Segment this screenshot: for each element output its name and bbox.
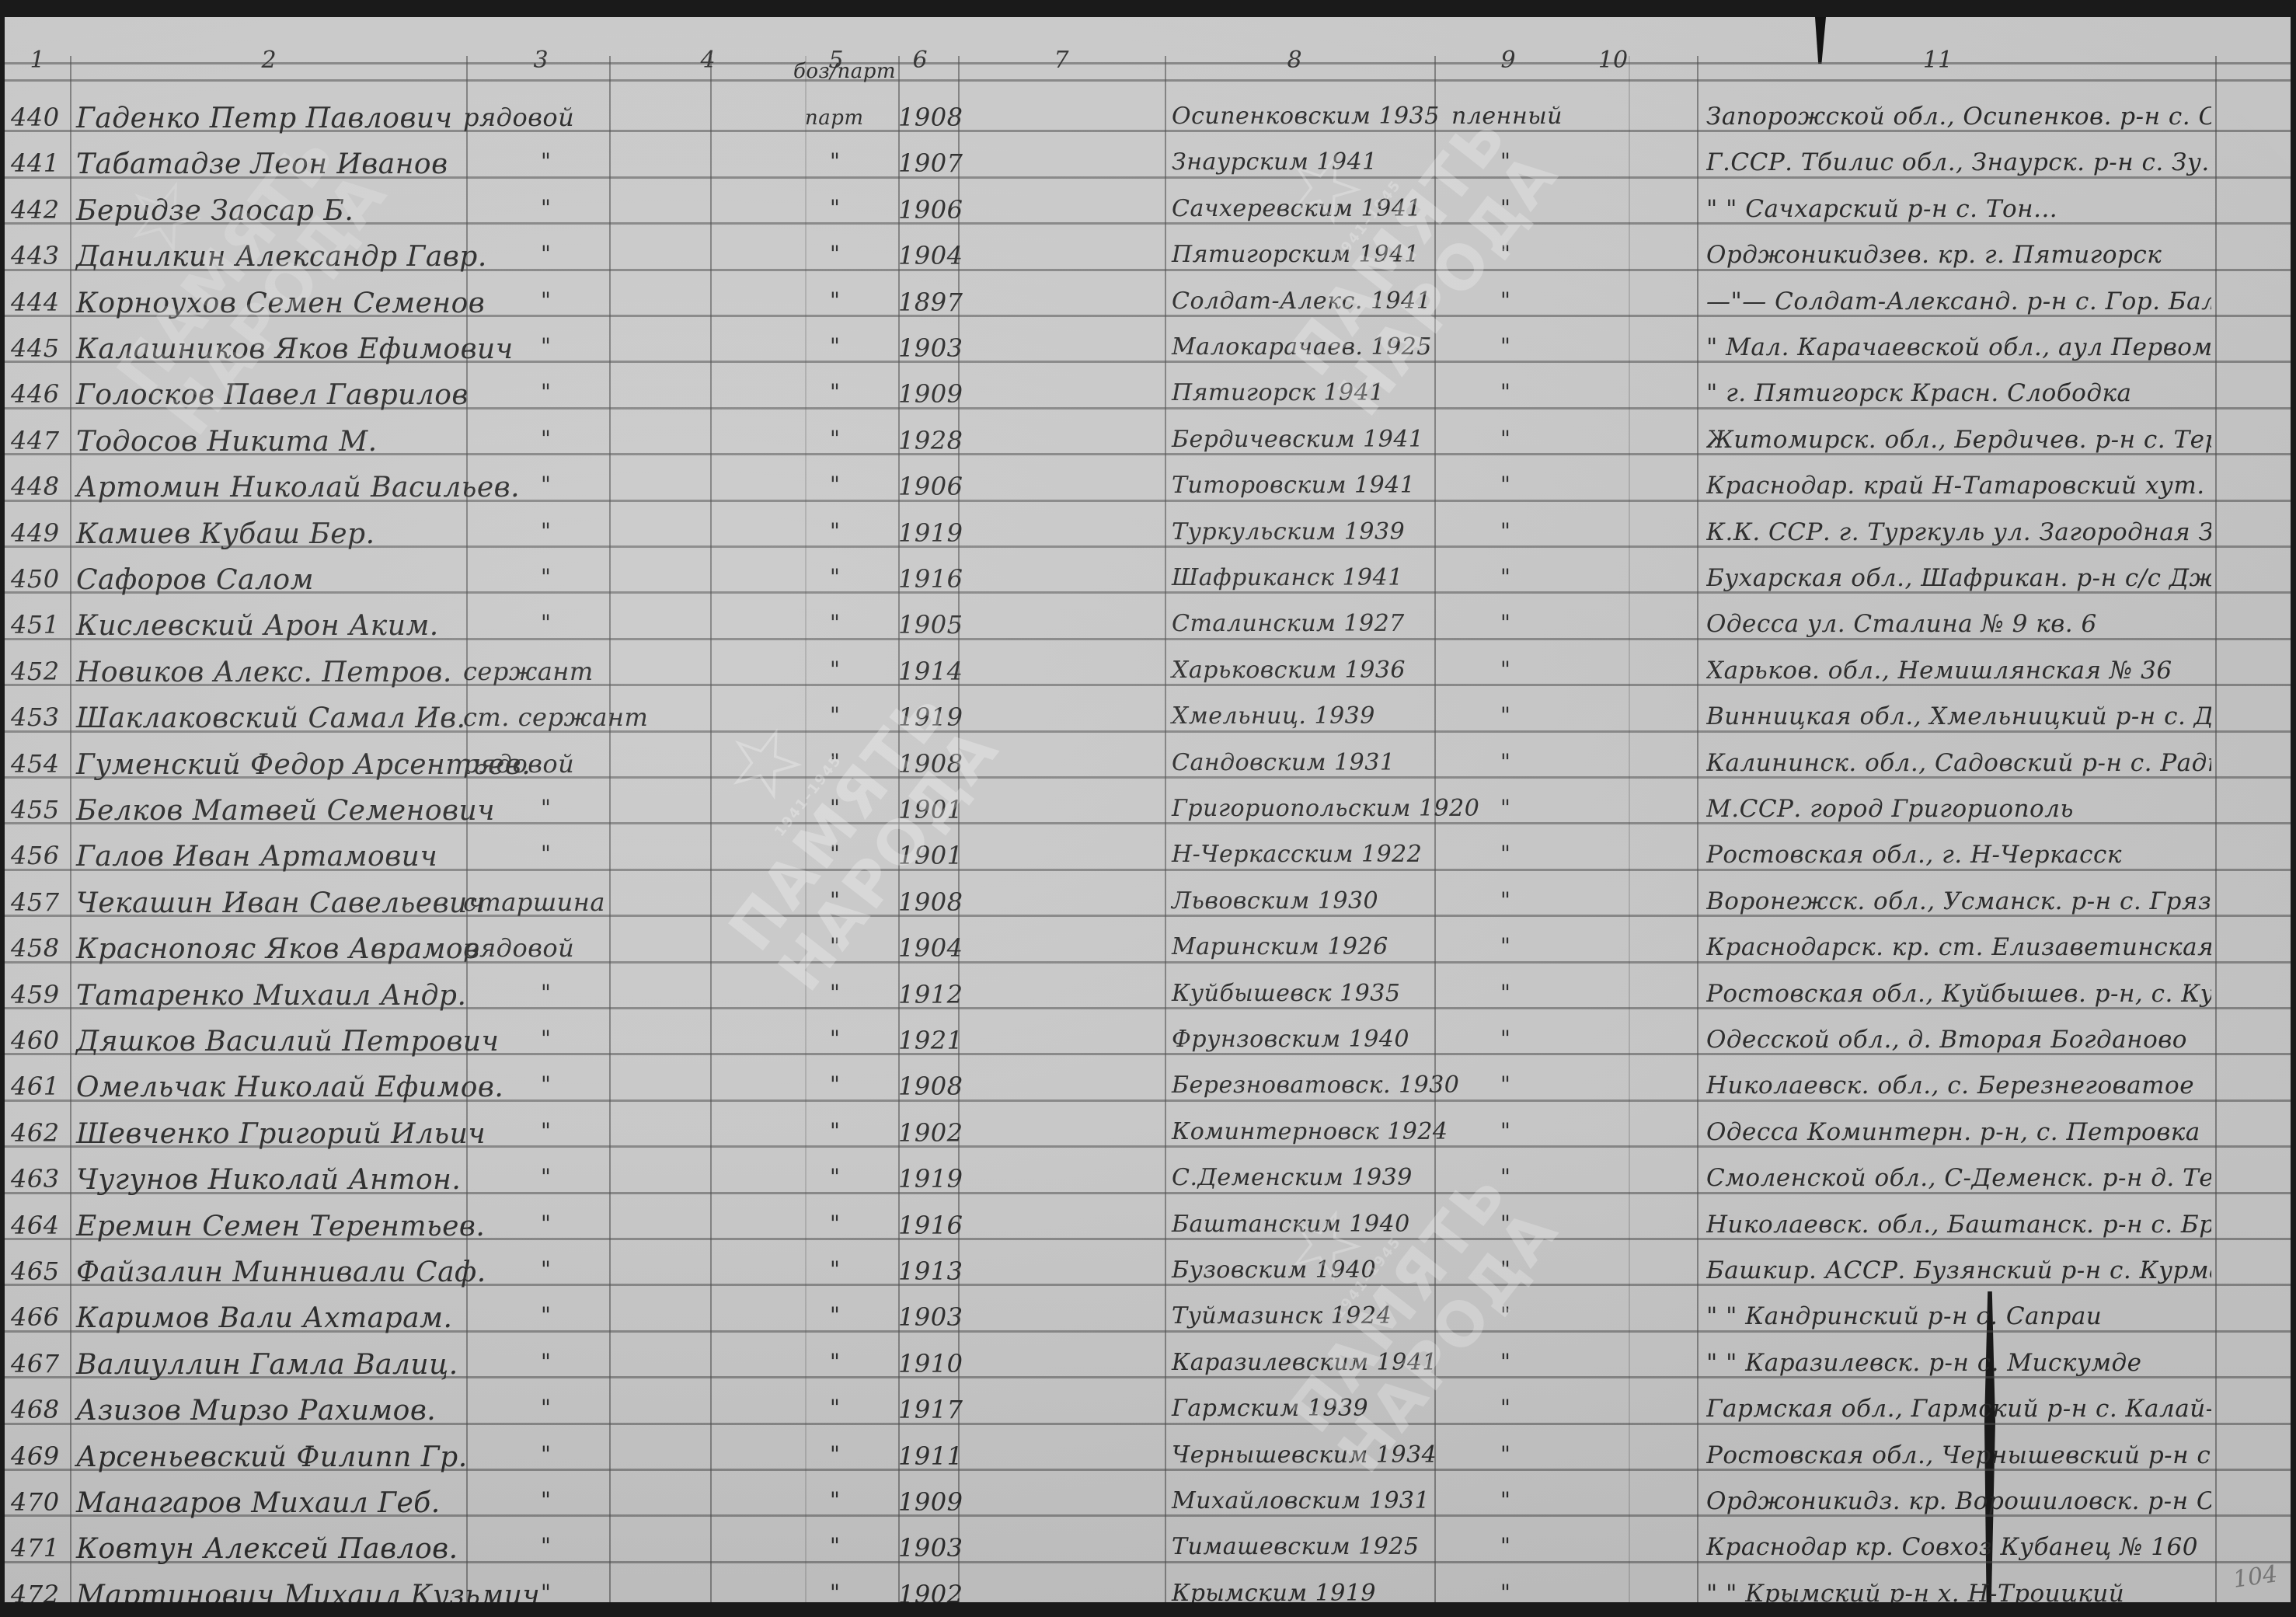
party-status: " — [830, 795, 840, 821]
person-name: Калашников Яков Ефимович — [76, 333, 514, 365]
status: " — [1500, 288, 1510, 313]
column-number: 7 — [1054, 47, 1068, 74]
rank: " — [541, 1072, 551, 1097]
birth-year: 1928 — [898, 426, 963, 455]
record-number: 445 — [11, 333, 60, 363]
conscription-office: Туркульским 1939 — [1172, 518, 1405, 545]
column-rule — [1165, 56, 1166, 1602]
status: " — [1500, 148, 1510, 174]
person-name: Беридзе Заосар Б. — [76, 195, 354, 227]
home-address: —"— Солдат-Александ. р-н с. Гор. Балка — [1706, 288, 2211, 315]
record-number: 447 — [11, 426, 60, 455]
birth-year: 1916 — [898, 1211, 963, 1240]
conscription-office: Баштанским 1940 — [1172, 1211, 1410, 1238]
party-status: " — [830, 1072, 840, 1097]
column-number: 3 — [533, 47, 548, 74]
birth-year: 1921 — [898, 1026, 963, 1055]
rank: " — [541, 1487, 551, 1513]
status: " — [1500, 1211, 1510, 1236]
column-rule — [710, 56, 712, 1602]
party-status: " — [830, 148, 840, 174]
conscription-office: Пятигорским 1941 — [1172, 241, 1420, 268]
conscription-office: Бердичевским 1941 — [1172, 426, 1424, 453]
home-address: " " Сачхарский р-н с. Тон... — [1706, 195, 2057, 223]
status: " — [1500, 933, 1510, 959]
conscription-office: Сачхеревским 1941 — [1172, 195, 1422, 222]
birth-year: 1901 — [898, 841, 963, 870]
birth-year: 1908 — [898, 749, 963, 779]
party-status: " — [830, 657, 840, 682]
rank: " — [541, 426, 551, 451]
conscription-office: С.Деменским 1939 — [1172, 1164, 1413, 1191]
home-address: Одесса ул. Сталина № 9 кв. 6 — [1706, 610, 2097, 638]
person-name: Манагаров Михаил Геб. — [76, 1487, 441, 1519]
home-address: Николаевск. обл., с. Березнеговатое — [1706, 1072, 2194, 1099]
person-name: Сафоров Салом — [76, 564, 314, 596]
birth-year: 1903 — [898, 1533, 963, 1563]
status: " — [1500, 1441, 1510, 1467]
column-rule — [2215, 56, 2217, 1602]
party-status: " — [830, 887, 840, 913]
home-address: Житомирск. обл., Бердичев. р-н с. Терехо… — [1706, 426, 2211, 454]
status: " — [1500, 1580, 1510, 1602]
page-number: 104 — [2232, 1560, 2280, 1594]
status: " — [1500, 980, 1510, 1005]
record-number: 442 — [11, 195, 60, 225]
record-number: 472 — [11, 1580, 60, 1602]
person-name: Азизов Мирзо Рахимов. — [76, 1395, 436, 1427]
birth-year: 1914 — [898, 657, 963, 686]
birth-year: 1919 — [898, 1164, 963, 1194]
person-name: Данилкин Александр Гавр. — [76, 241, 487, 273]
home-address: Одесса Коминтерн. р-н, с. Петровка — [1706, 1118, 2200, 1146]
home-address: Гармская обл., Гармский р-н с. Калай-Мин… — [1706, 1395, 2211, 1423]
person-name: Корноухов Семен Семенов — [76, 288, 485, 319]
conscription-office: Пятигорск 1941 — [1172, 379, 1385, 406]
conscription-office: Знаурским 1941 — [1172, 148, 1378, 176]
person-name: Еремин Семен Терентьев. — [76, 1211, 485, 1242]
conscription-office: Сандовским 1931 — [1172, 749, 1395, 776]
status: " — [1500, 333, 1510, 359]
party-status: " — [830, 195, 840, 221]
party-status: " — [830, 564, 840, 590]
status: " — [1500, 379, 1510, 405]
home-address: " Мал. Карачаевской обл., аул Первомайск — [1706, 333, 2211, 361]
person-name: Краснопояс Яков Аврамов — [76, 933, 480, 965]
record-number: 455 — [11, 795, 60, 824]
record-number: 465 — [11, 1256, 60, 1286]
status: " — [1500, 887, 1510, 913]
record-number: 469 — [11, 1441, 60, 1471]
conscription-office: Куйбышевск 1935 — [1172, 980, 1400, 1007]
record-number: 453 — [11, 702, 60, 732]
birth-year: 1903 — [898, 1302, 963, 1332]
birth-year: 1909 — [898, 379, 963, 409]
status: " — [1500, 518, 1510, 544]
record-number: 443 — [11, 241, 60, 270]
record-number: 459 — [11, 980, 60, 1009]
party-status: " — [830, 1211, 840, 1236]
status: " — [1500, 702, 1510, 728]
birth-year: 1908 — [898, 887, 963, 917]
register-sheet: 1234567891011 боз/парт 440Гаденко Петр П… — [5, 17, 2291, 1602]
rank: рядовой — [463, 933, 574, 963]
status: " — [1500, 795, 1510, 821]
record-number: 451 — [11, 610, 60, 639]
status: " — [1500, 1533, 1510, 1559]
status: " — [1500, 426, 1510, 451]
party-status: " — [830, 980, 840, 1005]
status: " — [1500, 1164, 1510, 1190]
record-number: 458 — [11, 933, 60, 963]
conscription-office: Тимашевским 1925 — [1172, 1533, 1420, 1560]
record-number: 444 — [11, 288, 60, 317]
rank: " — [541, 564, 551, 590]
conscription-office: Туймазинск 1924 — [1172, 1302, 1392, 1329]
record-number: 440 — [11, 103, 60, 132]
column-number: 2 — [261, 47, 276, 74]
birth-year: 1902 — [898, 1580, 963, 1602]
party-status: " — [830, 1118, 840, 1144]
conscription-office: Михайловским 1931 — [1172, 1487, 1430, 1514]
person-name: Ковтун Алексей Павлов. — [76, 1533, 458, 1565]
person-name: Кислевский Арон Аким. — [76, 610, 439, 642]
rank: " — [541, 148, 551, 174]
conscription-office: Гармским 1939 — [1172, 1395, 1368, 1422]
person-name: Тодосов Никита М. — [76, 426, 378, 458]
rank: " — [541, 1349, 551, 1375]
rank: " — [541, 472, 551, 497]
status: " — [1500, 841, 1510, 866]
home-address: Ростовская обл., г. Н-Черкасск — [1706, 841, 2122, 869]
birth-year: 1908 — [898, 103, 963, 132]
conscription-office: Бузовским 1940 — [1172, 1256, 1376, 1284]
status: " — [1500, 241, 1510, 267]
column-number: 8 — [1287, 47, 1301, 74]
party-status: " — [830, 749, 840, 775]
party-status: " — [830, 379, 840, 405]
rank: " — [541, 379, 551, 405]
home-address: Одесской обл., д. Вторая Богданово — [1706, 1026, 2187, 1054]
column-number: 4 — [700, 47, 715, 74]
status: " — [1500, 195, 1510, 221]
birth-year: 1919 — [898, 702, 963, 732]
record-number: 452 — [11, 657, 60, 686]
conscription-office: Чернышевским 1934 — [1172, 1441, 1437, 1469]
home-address: Башкир. АССР. Бузянский р-н с. Курманаев… — [1706, 1256, 2211, 1284]
home-address: Смоленской обл., С-Деменск. р-н д. Тепле… — [1706, 1164, 2211, 1192]
person-name: Валиуллин Гамла Валиц. — [76, 1349, 458, 1381]
birth-year: 1913 — [898, 1256, 963, 1286]
rank: ст. сержант — [463, 702, 648, 732]
person-name: Артомин Николай Васильев. — [76, 472, 520, 504]
party-status: " — [830, 1256, 840, 1282]
conscription-office: Коминтерновск 1924 — [1172, 1118, 1448, 1145]
column-rule — [805, 56, 807, 1602]
home-address: Краснодарск. кр. ст. Елизаветинская — [1706, 933, 2211, 961]
birth-year: 1906 — [898, 472, 963, 501]
person-name: Файзалин Миннивали Саф. — [76, 1256, 486, 1288]
person-name: Чугунов Николай Антон. — [76, 1164, 461, 1196]
person-name: Голосков Павел Гаврилов — [76, 379, 469, 411]
col5-header-note: боз/парт — [793, 60, 896, 83]
person-name: Арсеньевский Филипп Гр. — [76, 1441, 468, 1473]
home-address: " " Кандринский р-н с. Сапраи — [1706, 1302, 2102, 1330]
home-address: " " Крымский р-н х. Н-Троицкий — [1706, 1580, 2124, 1602]
record-number: 471 — [11, 1533, 60, 1563]
column-rule — [609, 56, 611, 1602]
rank: " — [541, 1164, 551, 1190]
birth-year: 1905 — [898, 610, 963, 639]
status: " — [1500, 749, 1510, 775]
record-number: 446 — [11, 379, 60, 409]
rank: " — [541, 1395, 551, 1420]
status: " — [1500, 1487, 1510, 1513]
home-address: Ростовская обл., Чернышевский р-н с. Гря… — [1706, 1441, 2211, 1469]
home-address: Винницкая обл., Хмельницкий р-н с. Дзерж… — [1706, 702, 2211, 730]
party-status: " — [830, 1533, 840, 1559]
party-status: " — [830, 288, 840, 313]
home-address: К.К. ССР. г. Тургкуль ул. Загородная Заг… — [1706, 518, 2211, 546]
home-address: Запорожской обл., Осипенков. р-н с. Осип… — [1706, 103, 2211, 131]
conscription-office: Хмельниц. 1939 — [1172, 702, 1375, 730]
person-name: Омельчак Николай Ефимов. — [76, 1072, 503, 1103]
column-rule — [70, 56, 71, 1602]
conscription-office: Крымским 1919 — [1172, 1580, 1376, 1602]
status: " — [1500, 657, 1510, 682]
star-icon: ☆ — [625, 603, 904, 921]
status: пленный — [1451, 103, 1563, 130]
record-number: 467 — [11, 1349, 60, 1378]
person-name: Чекашин Иван Савельевич — [76, 887, 486, 919]
person-name: Шевченко Григорий Ильич — [76, 1118, 486, 1150]
column-rule — [1697, 56, 1698, 1602]
header-rule — [5, 79, 2291, 82]
rank: " — [541, 1533, 551, 1559]
rank: " — [541, 795, 551, 821]
status: " — [1500, 564, 1510, 590]
party-status: " — [830, 1164, 840, 1190]
person-name: Мартинович Михаил Кузьмич — [76, 1580, 540, 1602]
rank: " — [541, 980, 551, 1005]
party-status: " — [830, 1349, 840, 1375]
home-address: М.ССР. город Григориополь — [1706, 795, 2074, 823]
rank: " — [541, 333, 551, 359]
conscription-office: Львовским 1930 — [1172, 887, 1378, 915]
record-number: 463 — [11, 1164, 60, 1194]
party-status: " — [830, 518, 840, 544]
conscription-office: Малокарачаев. 1925 — [1172, 333, 1432, 361]
record-number: 470 — [11, 1487, 60, 1517]
home-address: Ростовская обл., Куйбышев. р-н, с. Куйбы… — [1706, 980, 2211, 1008]
birth-year: 1917 — [898, 1395, 963, 1424]
conscription-office: Титоровским 1941 — [1172, 472, 1415, 499]
person-name: Камиев Кубаш Бер. — [76, 518, 375, 550]
conscription-office: Березноватовск. 1930 — [1172, 1072, 1459, 1099]
status: " — [1500, 1118, 1510, 1144]
record-number: 461 — [11, 1072, 60, 1101]
person-name: Татаренко Михаил Андр. — [76, 980, 466, 1012]
home-address: Г.ССР. Тбилис обл., Знаурск. р-н с. Зу..… — [1706, 148, 2211, 176]
conscription-office: Маринским 1926 — [1172, 933, 1388, 960]
birth-year: 1916 — [898, 564, 963, 594]
person-name: Табатадзе Леон Иванов — [76, 148, 448, 180]
conscription-office: Шафриканск 1941 — [1172, 564, 1403, 591]
paper-tear — [1815, 17, 1826, 64]
party-status: " — [830, 426, 840, 451]
rank: " — [541, 1302, 551, 1328]
home-address: Воронежск. обл., Усманск. р-н с. Грязнуш… — [1706, 887, 2211, 915]
record-number: 449 — [11, 518, 60, 548]
record-number: 466 — [11, 1302, 60, 1332]
party-status: " — [830, 841, 840, 866]
home-address: Орджоникидз. кр. Ворошиловск. р-н Совхоз… — [1706, 1487, 2211, 1515]
party-status: " — [830, 1441, 840, 1467]
record-number: 460 — [11, 1026, 60, 1055]
record-number: 441 — [11, 148, 60, 178]
status: " — [1500, 1072, 1510, 1097]
party-status: " — [830, 241, 840, 267]
conscription-office: Н-Черкасским 1922 — [1172, 841, 1422, 868]
party-status: " — [830, 333, 840, 359]
home-address: Калининск. обл., Садовский р-н с. Радкон… — [1706, 749, 2211, 777]
rank: сержант — [463, 657, 594, 686]
home-address: " г. Пятигорск Красн. Слободка — [1706, 379, 2131, 407]
conscription-office: Фрунзовским 1940 — [1172, 1026, 1409, 1053]
rank: " — [541, 610, 551, 636]
rank: " — [541, 1118, 551, 1144]
record-number: 468 — [11, 1395, 60, 1424]
rank: рядовой — [463, 749, 574, 779]
conscription-office: Каразилевским 1941 — [1172, 1349, 1437, 1376]
birth-year: 1897 — [898, 288, 963, 317]
birth-year: 1904 — [898, 933, 963, 963]
record-number: 450 — [11, 564, 60, 594]
record-number: 462 — [11, 1118, 60, 1148]
status: " — [1500, 1026, 1510, 1051]
record-number: 454 — [11, 749, 60, 779]
rank: " — [541, 1441, 551, 1467]
birth-year: 1912 — [898, 980, 963, 1009]
rank: старшина — [463, 887, 605, 917]
record-number: 464 — [11, 1211, 60, 1240]
column-rule — [1629, 56, 1630, 1602]
record-number: 448 — [11, 472, 60, 501]
party-status: " — [830, 1395, 840, 1420]
person-name: Каримов Вали Ахтарам. — [76, 1302, 452, 1334]
column-number: 11 — [1923, 47, 1953, 74]
party-status: " — [830, 610, 840, 636]
person-name: Гаденко Петр Павлович — [76, 103, 453, 134]
birth-year: 1910 — [898, 1349, 963, 1378]
record-number: 457 — [11, 887, 60, 917]
rank: " — [541, 288, 551, 313]
column-number: 6 — [912, 47, 927, 74]
rank: " — [541, 1256, 551, 1282]
party-status: " — [830, 933, 840, 959]
rank: " — [541, 195, 551, 221]
rank: " — [541, 518, 551, 544]
birth-year: 1903 — [898, 333, 963, 363]
home-address: Николаевск. обл., Баштанск. р-н с. Братс… — [1706, 1211, 2211, 1239]
person-name: Белков Матвей Семенович — [76, 795, 495, 827]
conscription-office: Солдат-Алекс. 1941 — [1172, 288, 1431, 315]
person-name: Шаклаковский Самал Ив. — [76, 702, 466, 734]
birth-year: 1901 — [898, 795, 963, 824]
birth-year: 1911 — [898, 1441, 963, 1471]
rank: " — [541, 841, 551, 866]
party-status: " — [830, 1302, 840, 1328]
record-number: 456 — [11, 841, 60, 870]
home-address: Бухарская обл., Шафрикан. р-н с/с Джурба… — [1706, 564, 2211, 592]
column-number: 1 — [30, 47, 44, 74]
column-number: 10 — [1598, 47, 1628, 74]
status: " — [1500, 1395, 1510, 1420]
person-name: Галов Иван Артамович — [76, 841, 437, 873]
birth-year: 1919 — [898, 518, 963, 548]
watermark: ☆ 1941–1945 ПАМЯТЬ НАРОДА — [1185, 28, 1575, 433]
status: " — [1500, 1256, 1510, 1282]
rank: " — [541, 1580, 551, 1602]
rank: " — [541, 1026, 551, 1051]
status: " — [1500, 472, 1510, 497]
home-address: " " Каразилевск. р-н с. Мискумде — [1706, 1349, 2142, 1377]
home-address: Харьков. обл., Немишлянская № 36 — [1706, 657, 2172, 685]
party-status: " — [830, 702, 840, 728]
status: " — [1500, 1302, 1510, 1328]
person-name: Дяшков Василий Петрович — [76, 1026, 499, 1058]
birth-year: 1908 — [898, 1072, 963, 1101]
party-status: " — [830, 1580, 840, 1602]
party-status: " — [830, 472, 840, 497]
conscription-office: Григориопольским 1920 — [1172, 795, 1479, 822]
birth-year: 1902 — [898, 1118, 963, 1148]
birth-year: 1904 — [898, 241, 963, 270]
home-address: Краснодар кр. Совхоз Кубанец № 160 — [1706, 1533, 2198, 1561]
person-name: Новиков Алекс. Петров. — [76, 657, 452, 688]
party-status: " — [830, 1026, 840, 1051]
home-address: Орджоникидзев. кр. г. Пятигорск — [1706, 241, 2162, 269]
conscription-office: Сталинским 1927 — [1172, 610, 1405, 637]
status: " — [1500, 1349, 1510, 1375]
birth-year: 1907 — [898, 148, 963, 178]
party-status: парт — [805, 106, 864, 130]
home-address: Краснодар. край Н-Татаровский хут. Кар-М… — [1706, 472, 2211, 500]
conscription-office: Осипенковским 1935 — [1172, 103, 1440, 130]
conscription-office: Харьковским 1936 — [1172, 657, 1406, 684]
birth-year: 1909 — [898, 1487, 963, 1517]
birth-year: 1906 — [898, 195, 963, 225]
party-status: " — [830, 1487, 840, 1513]
column-number: 9 — [1500, 47, 1515, 74]
rank: " — [541, 241, 551, 267]
rank: рядовой — [463, 103, 574, 132]
rank: " — [541, 1211, 551, 1236]
status: " — [1500, 610, 1510, 636]
